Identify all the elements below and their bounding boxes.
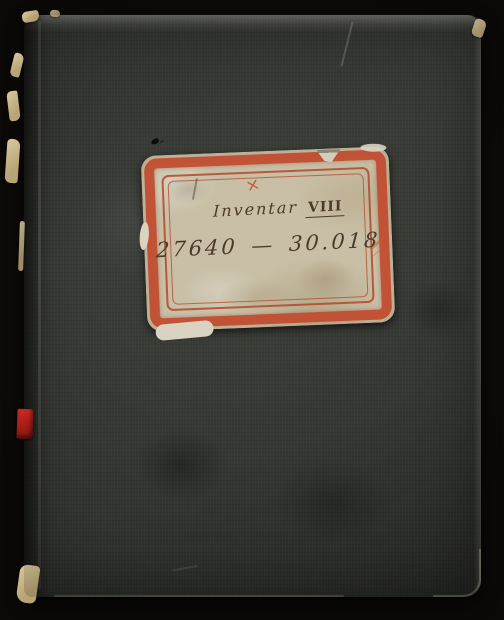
book-top-edge [26,15,479,33]
label-title-numeral: VIII [306,198,345,218]
spine-hinge-line [38,21,41,589]
label-edge-chip [360,144,386,152]
book-cover: × InventarVIII 27640 — 30.018 [24,15,481,597]
cover-stain [134,430,229,500]
cover-stain [404,280,474,340]
spine-tear [9,52,25,78]
spine-tear [4,139,20,184]
cover-scratch [172,565,198,571]
paper-label: × InventarVIII 27640 — 30.018 [141,146,396,332]
corner-highlight-bottom-right [433,549,481,597]
book-spine [24,15,50,597]
spine-red-tag [16,409,33,440]
spine-tear [6,90,21,121]
book-bottom-edge [54,595,344,597]
cover-stain [274,460,394,545]
corner-wear-bottom-left [15,564,40,604]
photograph-background: × InventarVIII 27640 — 30.018 [0,0,504,620]
corner-wear-top-left [50,9,61,17]
book-right-edge [472,19,481,591]
ink-spot [150,138,159,146]
